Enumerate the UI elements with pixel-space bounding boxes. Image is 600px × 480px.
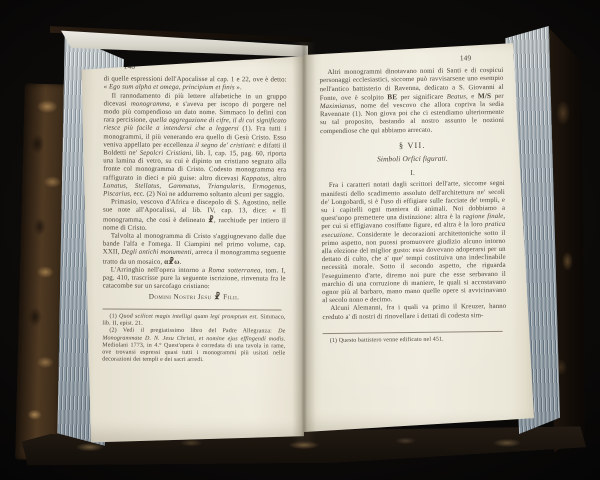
section-heading: § VII. — [320, 141, 504, 151]
paragraph: Il rannodamento di più lettere alfabetic… — [103, 92, 287, 200]
page-number-left: 148 — [104, 63, 287, 72]
footnote-rule — [102, 308, 281, 310]
section-subtitle: Simboli Orfici figurati. — [320, 154, 504, 164]
paragraph: Talvolta al monogramma di Cristo s'aggiu… — [103, 233, 286, 268]
photo-background: 148 di quelle espressioni dell'Apocaliss… — [0, 0, 600, 480]
paragraph: L'Arringhio nell'opera intorno a Roma so… — [103, 266, 286, 292]
footnote-rule — [323, 331, 503, 334]
footnote: (1) Quod scilicet magis intelligi quam l… — [102, 313, 285, 329]
right-page: 149 Altri monogrammi dinotavano nomi di … — [304, 40, 540, 436]
left-page-text-column: 148 di quelle espressioni dell'Apocaliss… — [102, 63, 287, 366]
left-page: 148 di quelle espressioni dell'Apocaliss… — [74, 50, 304, 444]
gutter-shadow — [292, 42, 316, 442]
inscription-line: Domini Nostri Jesu ☧ Filii. — [103, 293, 286, 302]
paragraph: Alcuni Alemanni, fra i quali va primo il… — [322, 303, 506, 322]
paragraph: Primasio, vescovo d'Africa e discepolo d… — [103, 199, 286, 234]
right-page-text-column: 149 Altri monogrammi dinotavano nomi di … — [319, 54, 507, 345]
page-number-right: 149 — [319, 54, 503, 64]
subsection-numeral: I. — [321, 168, 505, 178]
paragraph: Altri monogrammi dinotavano nomi di Sant… — [319, 67, 504, 136]
paragraph: Fra i caratteri notati dagli scrittori d… — [321, 180, 506, 305]
paragraph: di quelle espressioni dell'Apocalisse al… — [104, 76, 287, 93]
footnote: (1) Questo battistero venne edificato ne… — [323, 336, 507, 346]
footnote: (2) Vedi il pregiatissimo libro del Padr… — [102, 328, 285, 365]
